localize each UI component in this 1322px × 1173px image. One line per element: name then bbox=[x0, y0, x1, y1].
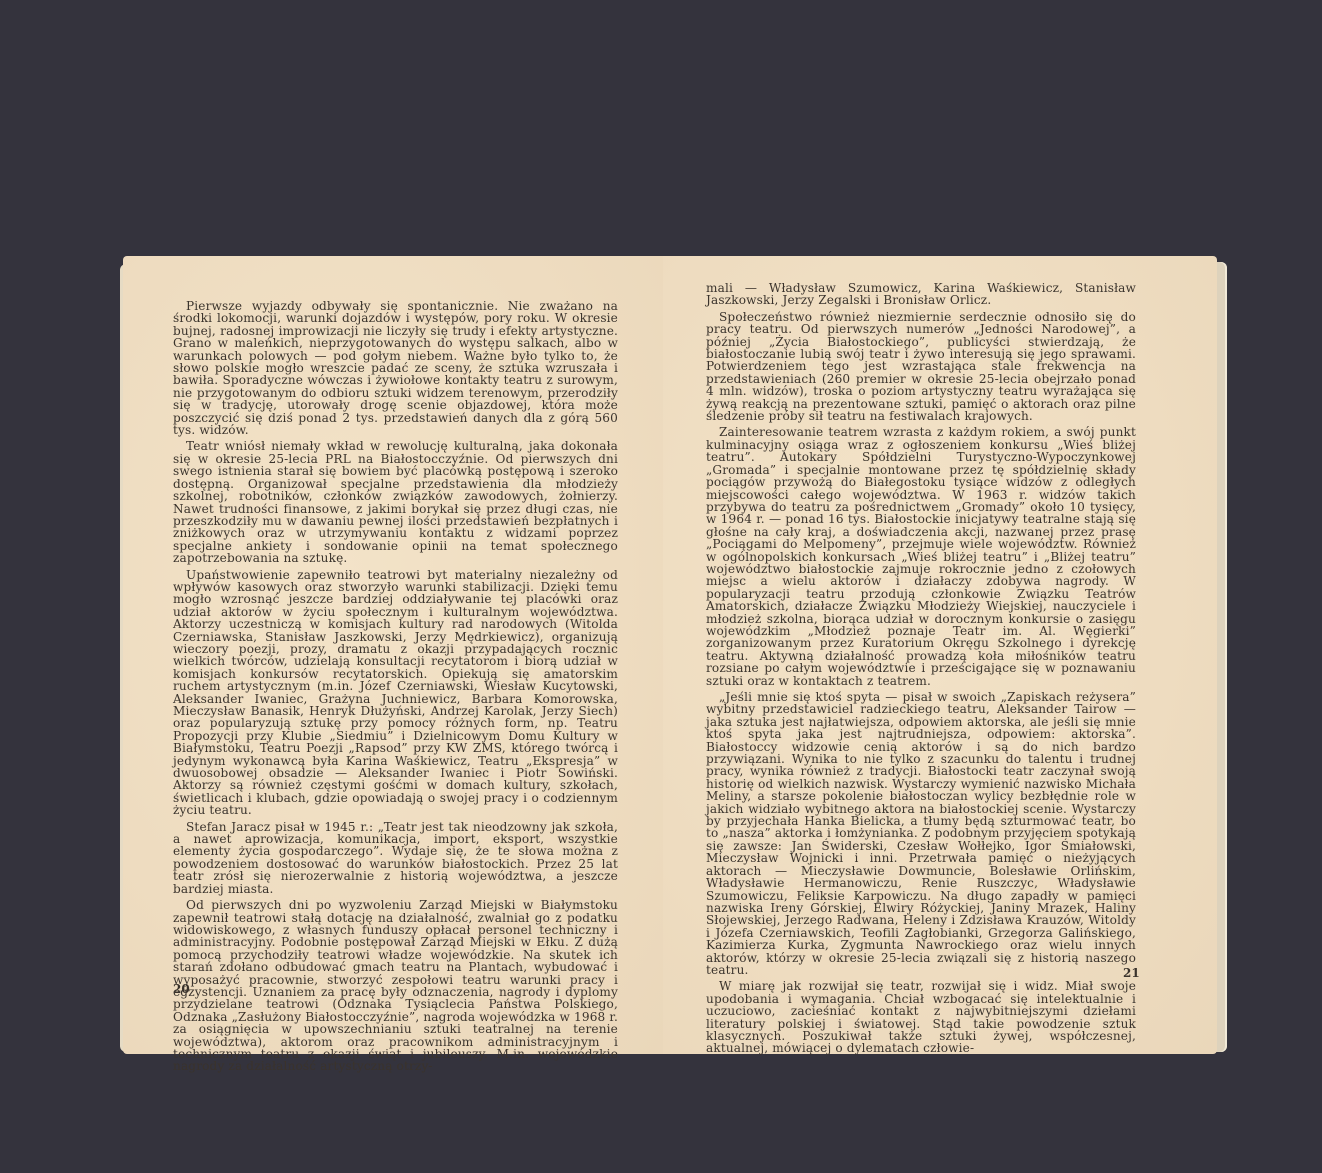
right-page: mali — Władysław Szumowicz, Karina Waśki… bbox=[663, 256, 1217, 1054]
left-page-body: Pierwsze wyjazdy odbywały się spontanicz… bbox=[173, 300, 618, 1077]
paragraph-continued: mali — Władysław Szumowicz, Karina Waśki… bbox=[706, 282, 1136, 307]
paragraph: W miarę jak rozwijał się teatr, rozwijał… bbox=[706, 980, 1136, 1054]
paragraph: Teatr wniósł niemały wkład w rewolucję k… bbox=[173, 440, 618, 564]
paragraph: Zainteresowanie teatrem wzrasta z każdym… bbox=[706, 426, 1136, 687]
paragraph: Społeczeństwo również niezmiernie serdec… bbox=[706, 311, 1136, 423]
paragraph: „Jeśli mnie się ktoś spyta — pisał w swo… bbox=[706, 691, 1136, 976]
right-page-body: mali — Władysław Szumowicz, Karina Waśki… bbox=[706, 282, 1136, 1059]
paragraph: Stefan Jaracz pisał w 1945 r.: „Teatr je… bbox=[173, 821, 618, 895]
paragraph: Od pierwszych dni po wyzwoleniu Zarząd M… bbox=[173, 899, 618, 1073]
book-spread: Pierwsze wyjazdy odbywały się spontanicz… bbox=[120, 256, 1226, 1060]
page-number-right: 21 bbox=[1123, 966, 1140, 980]
paragraph: Pierwsze wyjazdy odbywały się spontanicz… bbox=[173, 300, 618, 436]
paragraph: Upaństwowienie zapewniło teatrowi byt ma… bbox=[173, 569, 618, 817]
page-number-left: 20 bbox=[173, 982, 190, 996]
left-page: Pierwsze wyjazdy odbywały się spontanicz… bbox=[123, 256, 663, 1054]
